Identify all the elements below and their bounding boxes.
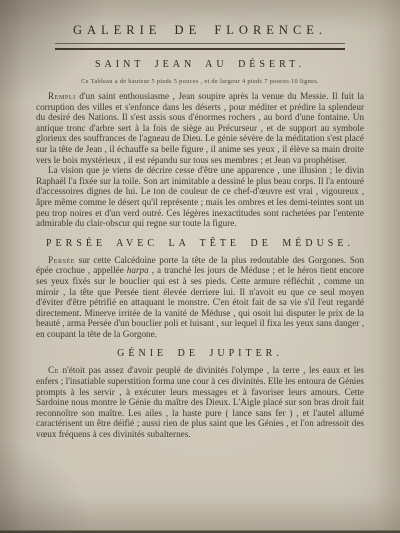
- lead-word: Ce: [48, 365, 59, 375]
- italic-term: harpa: [127, 265, 149, 275]
- section-saint-jean: SAINT JEAN AU DÉSERT. Ce Tableau a de ha…: [36, 59, 364, 229]
- paragraph-text: n'étoit pas assez d'avoir peuplé de divi…: [36, 365, 364, 439]
- section-heading-persee: PERSÉE AVEC LA TÊTE DE MÉDUSE.: [36, 238, 364, 250]
- lead-word: Rempli: [48, 91, 76, 101]
- paragraph-saint-jean-1: Rempli d'un saint enthousiasme , Jean so…: [36, 91, 364, 165]
- paragraph-persee-1: Persée sur cette Calcédoine porte la têt…: [36, 255, 364, 340]
- section-persee: PERSÉE AVEC LA TÊTE DE MÉDUSE. Persée su…: [36, 238, 364, 340]
- masthead-title: GALERIE DE FLORENCE.: [36, 24, 364, 37]
- section-heading-saint-jean: SAINT JEAN AU DÉSERT.: [36, 59, 364, 71]
- page-sheet: GALERIE DE FLORENCE. SAINT JEAN AU DÉSER…: [0, 0, 400, 440]
- section-genie: GÉNIE DE JUPITER. Ce n'étoit pas assez d…: [36, 348, 364, 439]
- header-rule: [55, 43, 345, 50]
- book-page-photo: GALERIE DE FLORENCE. SAINT JEAN AU DÉSER…: [0, 0, 400, 533]
- paragraph-genie-1: Ce n'étoit pas assez d'avoir peuplé de d…: [36, 365, 364, 439]
- paragraph-text: d'un saint enthousiasme , Jean soupire a…: [36, 91, 364, 165]
- lead-word: Persée: [48, 255, 75, 265]
- section-heading-genie: GÉNIE DE JUPITER.: [36, 348, 364, 360]
- painting-dimensions-caption: Ce Tableau a de hauteur 5 pieds 5 pouces…: [36, 78, 364, 86]
- paragraph-saint-jean-2: La vision que je viens de décrire cesse …: [36, 165, 364, 229]
- paragraph-text: , a tranché les jours de Méduse ; et le …: [36, 265, 364, 339]
